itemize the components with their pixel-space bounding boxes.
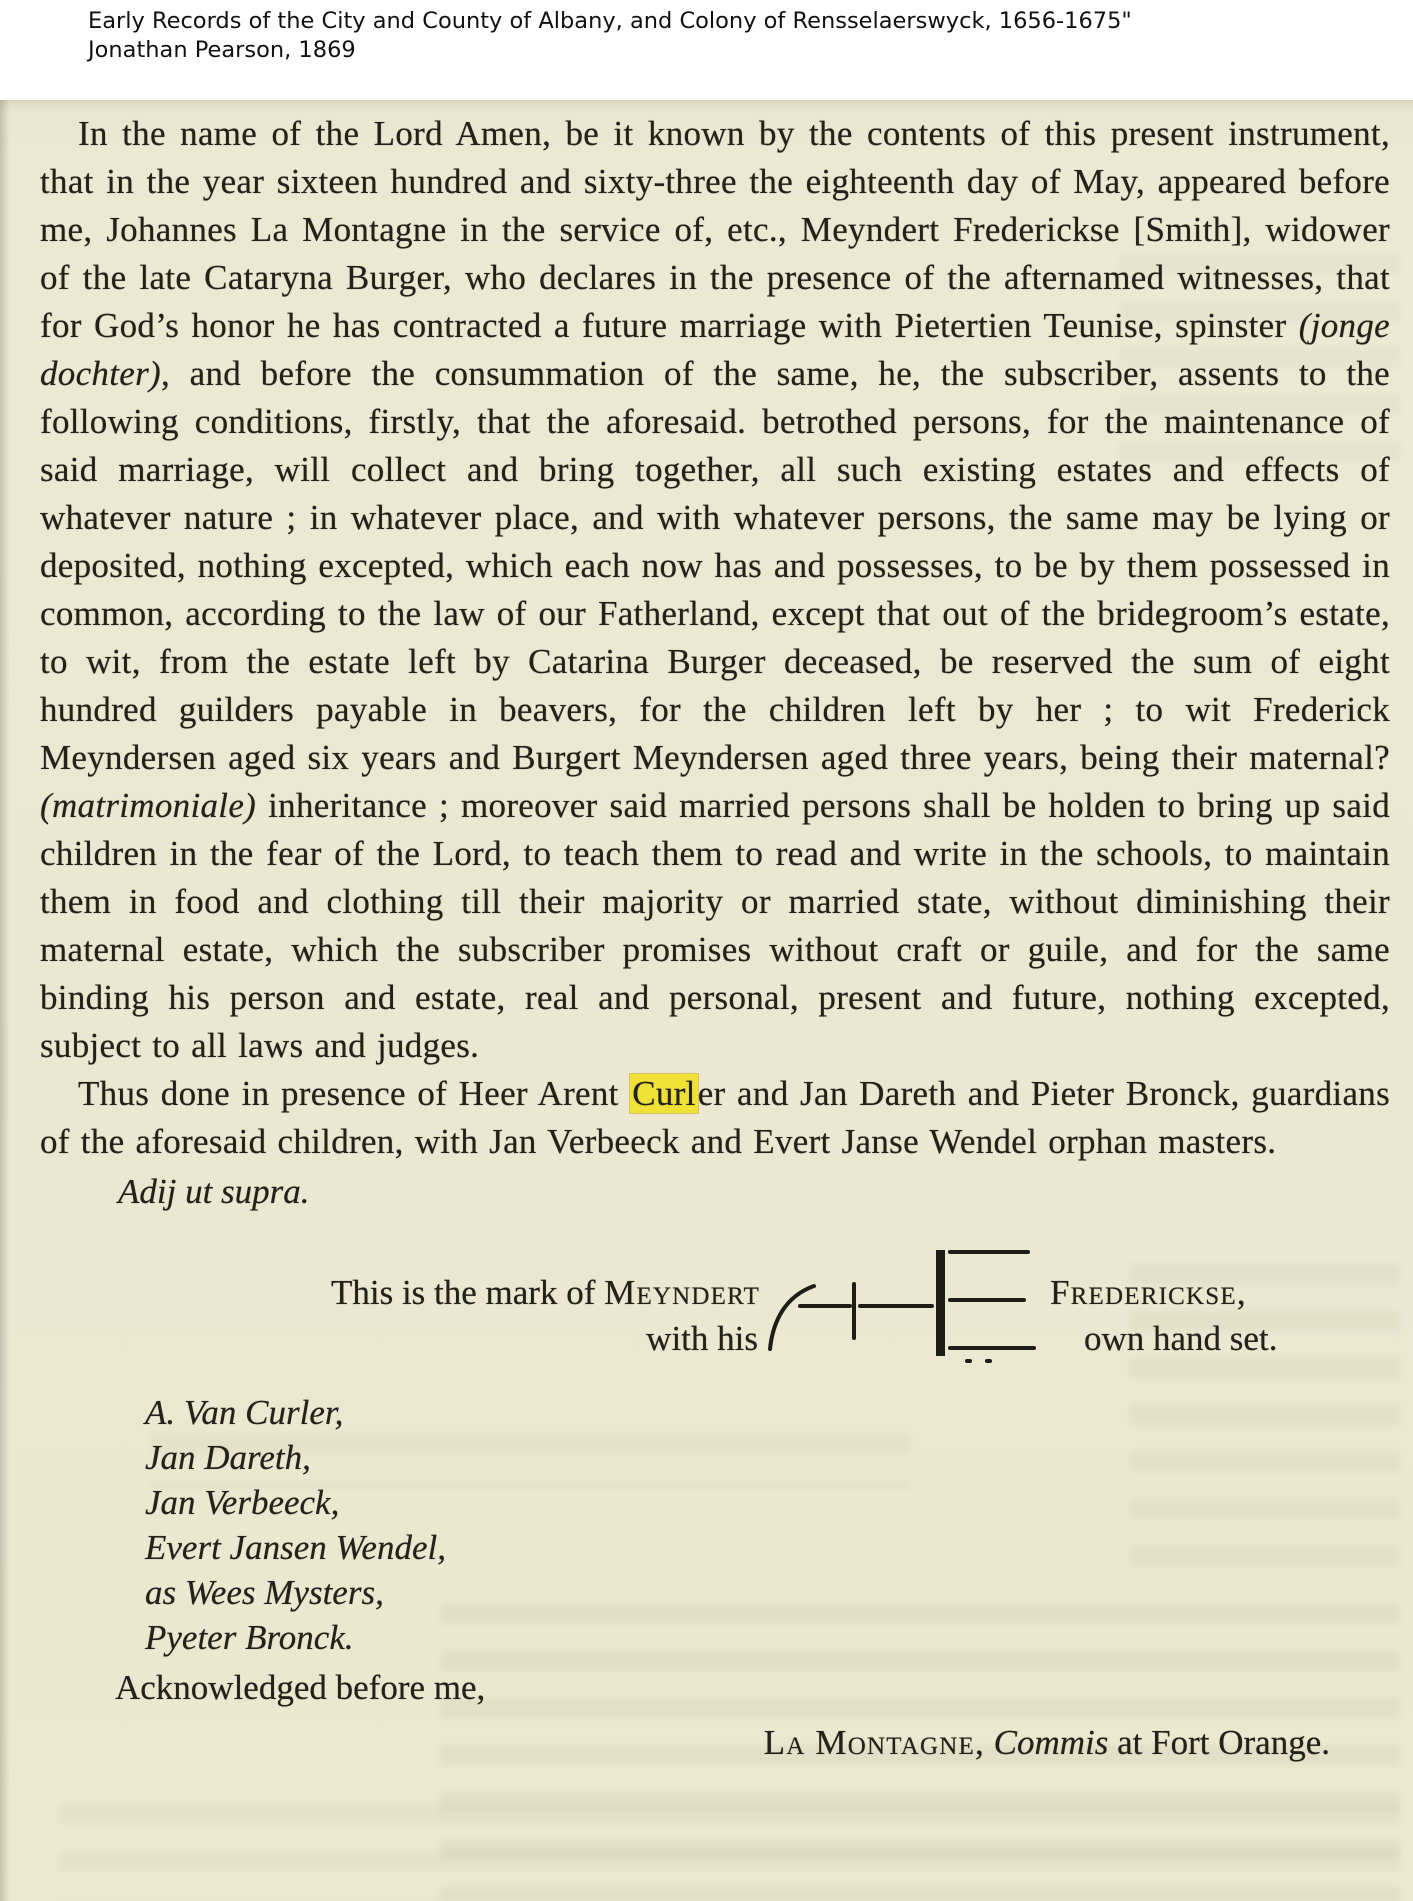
closing-attestation-line: La Montagne, Commis at Fort Orange. — [40, 1718, 1390, 1768]
mark-line1-prefix: This is the mark of — [331, 1273, 604, 1312]
name-la-montagne: La Montagne, — [764, 1723, 985, 1762]
signature-item: Evert Jansen Wendel, — [145, 1525, 1390, 1570]
bleedthrough-smudge — [60, 1790, 1400, 1900]
citation-author-year: Jonathan Pearson, 1869 — [88, 36, 1393, 65]
signature-item: as Wees Mysters, — [145, 1570, 1390, 1615]
mark-left-text: This is the mark of Meyndert with his — [175, 1244, 760, 1362]
mark-block: This is the mark of Meyndert with his Fr… — [175, 1244, 1390, 1376]
signature-item: Jan Verbeeck, — [145, 1480, 1390, 1525]
mark-right-text: Frederickse, own hand set. — [1050, 1244, 1277, 1362]
signature-item: Jan Dareth, — [145, 1435, 1390, 1480]
mark-with-his: with his — [175, 1316, 760, 1362]
title-commis: Commis — [994, 1723, 1109, 1762]
citation-header: Early Records of the City and County of … — [0, 0, 1413, 100]
paragraph2-text: Thus done in presence of Heer Arent — [78, 1074, 630, 1113]
acknowledged-line: Acknowledged before me, — [40, 1664, 1390, 1712]
name-meyndert: Meyndert — [604, 1273, 760, 1312]
mark-own-hand-set: own hand set. — [1050, 1316, 1277, 1362]
name-frederickse: Frederickse, — [1050, 1270, 1277, 1316]
paragraph1-text: , and before the consummation of the sam… — [40, 354, 1390, 777]
adij-ut-supra-line: Adij ut supra. — [40, 1166, 1390, 1218]
latin-phrase-matrimoniale: (matrimoniale) — [40, 786, 256, 825]
deed-paragraph-1: In the name of the Lord Amen, be it know… — [40, 110, 1390, 1070]
meyndert-mark-glyph — [764, 1244, 1046, 1374]
signature-item: A. Van Curler, — [145, 1390, 1390, 1435]
paragraph1-text: In the name of the Lord Amen, be it know… — [40, 114, 1390, 345]
witness-signature-list: A. Van Curler, Jan Dareth, Jan Verbeeck,… — [40, 1390, 1390, 1660]
deed-paragraph-2: Thus done in presence of Heer Arent Curl… — [40, 1070, 1390, 1166]
page-text: In the name of the Lord Amen, be it know… — [0, 100, 1413, 1768]
closing-rest: at Fort Orange. — [1117, 1723, 1330, 1762]
citation-title: Early Records of the City and County of … — [88, 7, 1393, 36]
highlighted-word-curler: Curl — [630, 1074, 697, 1113]
paragraph1-text: inheritance ; moreover said married pers… — [40, 786, 1390, 1065]
scanned-page: In the name of the Lord Amen, be it know… — [0, 100, 1413, 1901]
signature-item: Pyeter Bronck. — [145, 1615, 1390, 1660]
